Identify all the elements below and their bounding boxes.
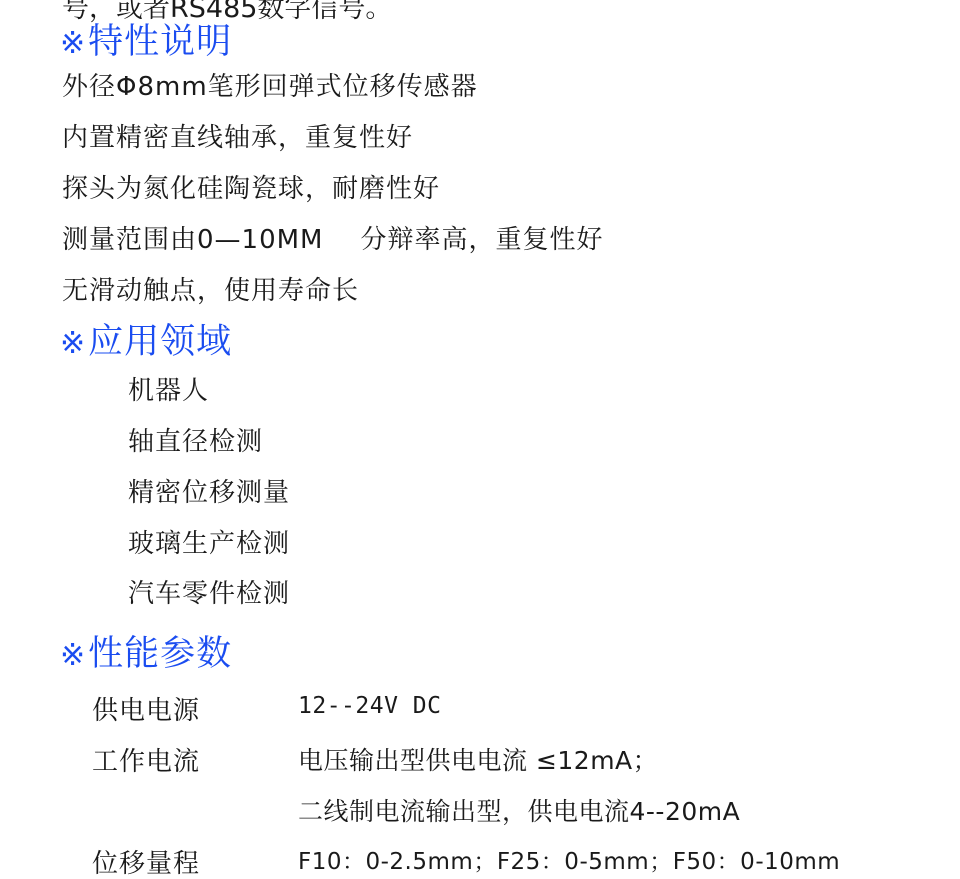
- param-value-working-current-two-wire: 二线制电流输出型，供电电流4--20mA: [298, 792, 740, 828]
- param-label-displacement-range: 位移量程: [92, 843, 200, 879]
- reference-mark-icon: ※: [60, 26, 86, 61]
- section-heading-parameters: ※性能参数: [60, 626, 232, 676]
- reference-mark-icon: ※: [60, 638, 86, 673]
- feature-item: 测量范围由0—10MM 分辩率高，重复性好: [62, 219, 604, 256]
- param-value-displacement-range: F10：0-2.5mm；F25：0-5mm；F50：0-10mm: [298, 843, 840, 876]
- section-title: 特性说明: [88, 22, 232, 62]
- param-value-working-current-voltage: 电压输出型供电电流 ≤12mA；: [298, 741, 658, 777]
- application-item: 玻璃生产检测: [128, 523, 290, 560]
- feature-item: 内置精密直线轴承，重复性好: [62, 117, 413, 154]
- application-item: 轴直径检测: [128, 421, 263, 458]
- application-item: 汽车零件检测: [128, 573, 290, 610]
- param-label-power-supply: 供电电源: [92, 690, 200, 727]
- feature-item: 无滑动触点，使用寿命长: [62, 270, 359, 307]
- application-item: 机器人: [128, 370, 209, 407]
- application-item: 精密位移测量: [128, 472, 290, 509]
- section-heading-applications: ※应用领域: [60, 314, 232, 364]
- feature-item: 探头为氮化硅陶瓷球，耐磨性好: [62, 168, 440, 205]
- section-title: 性能参数: [88, 634, 232, 674]
- feature-item: 外径Φ8mm笔形回弹式位移传感器: [62, 66, 478, 103]
- param-value-power-supply: 12--24V DC: [298, 693, 441, 719]
- section-heading-features: ※特性说明: [60, 14, 232, 64]
- section-title: 应用领域: [88, 322, 232, 362]
- param-label-working-current: 工作电流: [92, 741, 200, 778]
- reference-mark-icon: ※: [60, 326, 86, 361]
